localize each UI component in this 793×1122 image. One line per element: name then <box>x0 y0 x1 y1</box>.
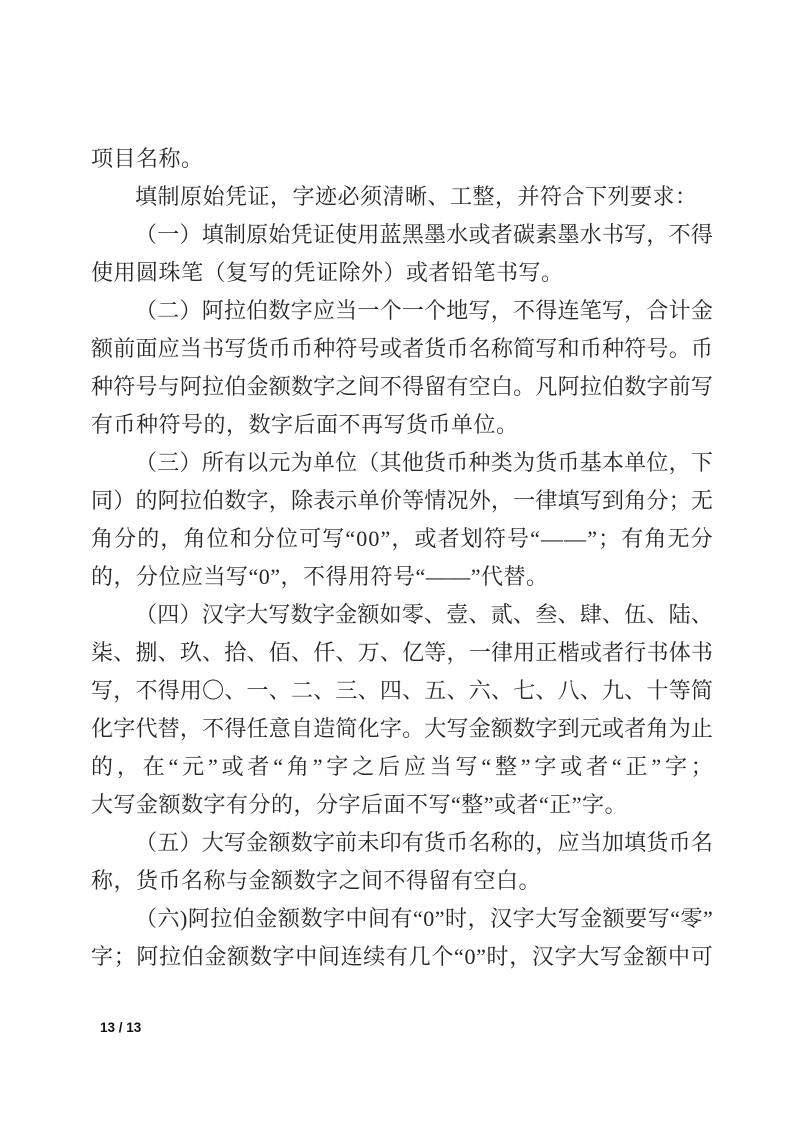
text-line: 的，在“元”或者“角”字之后应当写“整”字或者“正”字； <box>91 748 713 786</box>
text-line: 的，分位应当写“0”，不得用符号“——”代替。 <box>91 558 713 596</box>
text-line: 使用圆珠笔（复写的凭证除外）或者铅笔书写。 <box>91 254 713 292</box>
text-line: （一）填制原始凭证使用蓝黑墨水或者碳素墨水书写，不得 <box>91 216 713 254</box>
text-line: 字；阿拉伯金额数字中间连续有几个“0”时，汉字大写金额中可 <box>91 938 713 976</box>
text-line: 角分的，角位和分位可写“00”，或者划符号“——”；有角无分 <box>91 520 713 558</box>
text-line: （五）大写金额数字前未印有货币名称的，应当加填货币名 <box>91 824 713 862</box>
text-line: 填制原始凭证，字迹必须清晰、工整，并符合下列要求： <box>91 178 713 216</box>
text-line: 同）的阿拉伯数字，除表示单价等情况外，一律填写到角分；无 <box>91 482 713 520</box>
text-line: （三）所有以元为单位（其他货币种类为货币基本单位，下 <box>91 444 713 482</box>
text-line: 额前面应当书写货币币种符号或者货币名称简写和币种符号。币 <box>91 330 713 368</box>
document-page: 项目名称。填制原始凭证，字迹必须清晰、工整，并符合下列要求：（一）填制原始凭证使… <box>0 0 793 1122</box>
document-lines: 项目名称。填制原始凭证，字迹必须清晰、工整，并符合下列要求：（一）填制原始凭证使… <box>91 140 713 976</box>
text-line: 有币种符号的，数字后面不再写货币单位。 <box>91 406 713 444</box>
text-line: 化字代替，不得任意自造简化字。大写金额数字到元或者角为止 <box>91 710 713 748</box>
text-line: 柒、捌、玖、拾、佰、仟、万、亿等，一律用正楷或者行书体书 <box>91 634 713 672</box>
page-number: 13 / 13 <box>100 1018 141 1038</box>
text-line: （六)阿拉伯金额数字中间有“0”时，汉字大写金额要写“零” <box>91 900 713 938</box>
text-line: 大写金额数字有分的，分字后面不写“整”或者“正”字。 <box>91 786 713 824</box>
text-line: 种符号与阿拉伯金额数字之间不得留有空白。凡阿拉伯数字前写 <box>91 368 713 406</box>
text-line: 项目名称。 <box>91 140 713 178</box>
text-line: 称，货币名称与金额数字之间不得留有空白。 <box>91 862 713 900</box>
text-line: （四）汉字大写数字金额如零、壹、贰、叁、肆、伍、陆、 <box>91 596 713 634</box>
text-line: （二）阿拉伯数字应当一个一个地写，不得连笔写，合计金 <box>91 292 713 330</box>
text-line: 写，不得用〇、一、二、三、四、五、六、七、八、九、十等简 <box>91 672 713 710</box>
